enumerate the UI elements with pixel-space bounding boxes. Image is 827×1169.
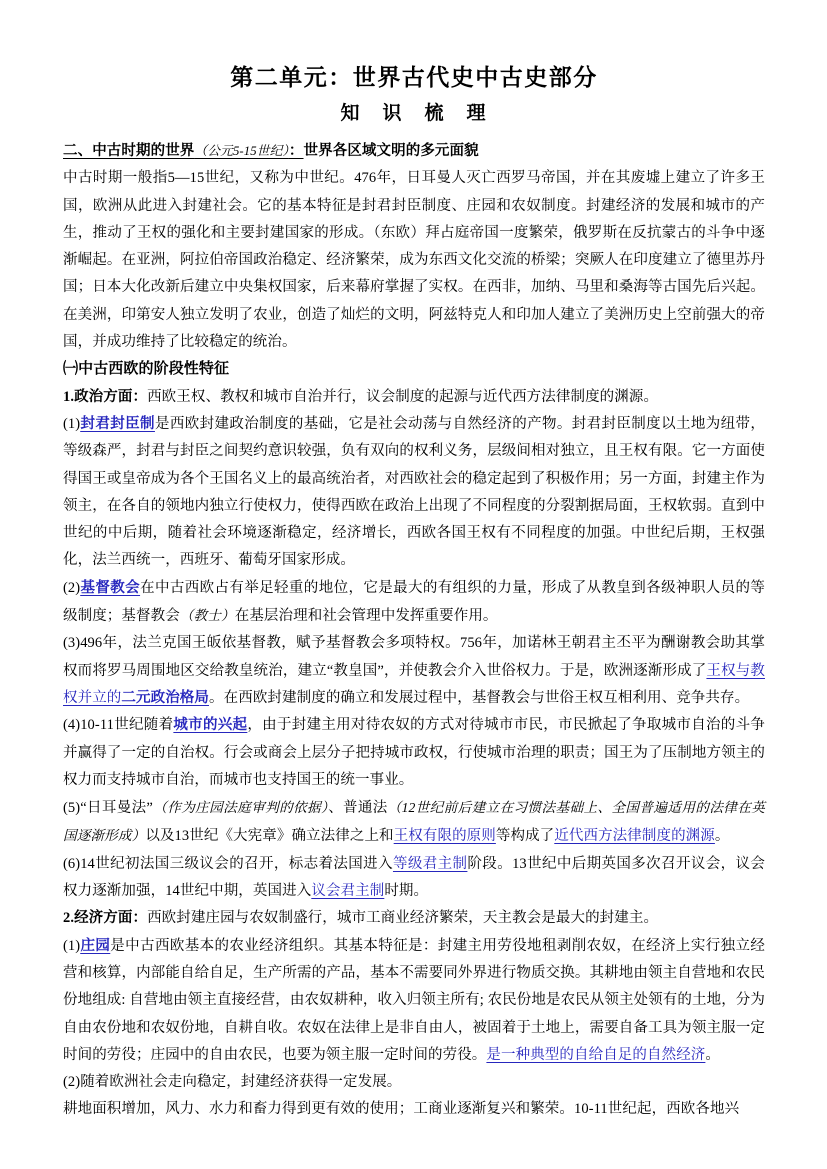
- text-segment: 以及13世纪《大宪章》确立法律之上和: [145, 828, 393, 844]
- political-aspect-heading: 1.政治方面：西欧王权、教权和城市自治并行，议会制度的起源与近代西方法律制度的渊…: [63, 384, 765, 411]
- political-point-5: (5)“日耳曼法”（作为庄园法庭审判的依据）、普通法（12世纪前后建立在习惯法基…: [63, 794, 765, 851]
- overview-paragraph: 中古时期一般指5—15世纪，又称为中世纪。476年，日耳曼人灭亡西罗马帝国，并在…: [63, 165, 765, 356]
- text-segment: 近代西方法律制度的渊源: [554, 828, 715, 844]
- text-segment: (1): [63, 938, 80, 954]
- text-segment: ㈠中古西欧的阶段性特征: [63, 361, 229, 377]
- text-segment: 是中古西欧基本的农业经济组织。其基本特征是：封建主用劳役地租剥削农奴，在经济上实…: [63, 938, 765, 1063]
- subsection-heading-western-europe: ㈠中古西欧的阶段性特征: [63, 356, 765, 383]
- text-segment: ：: [289, 143, 304, 159]
- document-content: 第二单元：世界古代史中古史部分 知 识 梳 理 二、中古时期的世界（公元5-15…: [0, 0, 827, 1124]
- text-segment: 1.政治方面：: [63, 389, 147, 405]
- text-segment: 西欧封建庄园与农奴制盛行，城市工商业经济繁荣，天主教会是最大的封建主。: [147, 910, 658, 926]
- text-segment: （作为庄园法庭审判的依据）: [153, 800, 328, 815]
- political-point-6: (6)14世纪初法国三级议会的召开，标志着法国进入等级君主制阶段。13世纪中后期…: [63, 851, 765, 906]
- knowledge-review-heading: 知 识 梳 理: [63, 100, 765, 128]
- political-point-2: (2)基督教会在中古西欧占有举足轻重的地位，它是最大的有组织的力量，形成了从教皇…: [63, 575, 765, 631]
- economic-point-1: (1)庄园是中古西欧基本的农业经济组织。其基本特征是：封建主用劳役地租剥削农奴，…: [63, 933, 765, 1069]
- text-segment: (2): [63, 580, 80, 596]
- economic-point-2: (2)随着欧洲社会走向稳定，封建经济获得一定发展。: [63, 1069, 765, 1096]
- text-segment: 等级君主制: [393, 856, 467, 872]
- text-segment: 世界各区域文明的多元面貌: [304, 143, 479, 159]
- text-segment: 中古时期一般指5—15世纪，又称为中世纪。476年，日耳曼人灭亡西罗马帝国，并在…: [63, 170, 765, 350]
- text-segment: 。: [715, 828, 730, 844]
- text-segment: 二、中古时期的世界: [63, 143, 194, 159]
- text-segment: 基督教会: [80, 580, 140, 596]
- text-segment: 是一种典型的自给自足的自然经济: [486, 1047, 705, 1063]
- text-segment: (4)10-11世纪随着: [63, 717, 173, 733]
- text-segment: (1): [63, 416, 80, 432]
- political-point-4: (4)10-11世纪随着城市的兴起，由于封建主用对待农奴的方式对待城市市民，市民…: [63, 712, 765, 794]
- text-segment: 城市的兴起: [173, 717, 247, 733]
- text-segment: (6)14世纪初法国三级议会的召开，标志着法国进入: [63, 856, 393, 872]
- economic-continuation: 耕地面积增加，风力、水力和畜力得到更有效的使用；工商业逐渐复兴和繁荣。10-11…: [63, 1096, 765, 1123]
- text-segment: 在基层治理和社会管理中发挥重要作用。: [235, 608, 498, 624]
- text-segment: 、普通法: [328, 800, 387, 816]
- section-heading: 二、中古时期的世界（公元5-15世纪）：世界各区域文明的多元面貌: [63, 138, 765, 165]
- economic-aspect-heading: 2.经济方面：西欧封建庄园与农奴制盛行，城市工商业经济繁荣，天主教会是最大的封建…: [63, 905, 765, 932]
- text-segment: (3)496年，法兰克国王皈依基督教，赋予基督教会多项特权。756年，加诺林王朝…: [63, 635, 765, 678]
- document-page: 第二单元：世界古代史中古史部分 知 识 梳 理 二、中古时期的世界（公元5-15…: [0, 0, 827, 1169]
- text-segment: 是西欧封建政治制度的基础，它是社会动荡与自然经济的产物。封君封臣制度以土地为纽带…: [63, 416, 765, 568]
- page-title: 第二单元：世界古代史中古史部分: [63, 62, 765, 94]
- text-segment: 等构成了: [496, 828, 554, 844]
- text-segment: 王权有限的原则: [394, 828, 496, 844]
- text-segment: 。: [705, 1047, 720, 1063]
- text-segment: (5)“日耳曼法”: [63, 800, 153, 816]
- text-segment: 2.经济方面：: [63, 910, 147, 926]
- text-segment: 耕地面积增加，风力、水力和畜力得到更有效的使用；工商业逐渐复兴和繁荣。10-11…: [63, 1101, 739, 1117]
- political-point-1: (1)封君封臣制是西欧封建政治制度的基础，它是社会动荡与自然经济的产物。封君封臣…: [63, 411, 765, 575]
- text-segment: 。在西欧封建制度的确立和发展过程中，基督教会与世俗王权互相利用、竞争共存。: [209, 690, 749, 706]
- text-segment: 议会君主制: [311, 883, 384, 899]
- text-segment: （教士）: [180, 608, 235, 623]
- text-segment: (2)随着欧洲社会走向稳定，封建经济获得一定发展。: [63, 1074, 401, 1090]
- text-segment: 时期。: [384, 883, 428, 899]
- text-segment: 西欧王权、教权和城市自治并行，议会制度的起源与近代西方法律制度的渊源。: [147, 389, 658, 405]
- text-segment: 封君封臣制: [80, 416, 155, 432]
- text-segment: 庄园: [80, 938, 110, 954]
- text-segment: 二元政治格局: [121, 690, 209, 706]
- text-segment: （公元5-15世纪）: [194, 144, 289, 158]
- political-point-3: (3)496年，法兰克国王皈依基督教，赋予基督教会多项特权。756年，加诺林王朝…: [63, 630, 765, 712]
